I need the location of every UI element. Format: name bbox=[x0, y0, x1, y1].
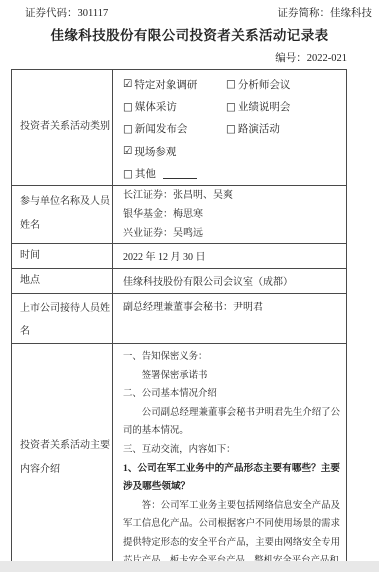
checkbox-label: 业绩说明会 bbox=[238, 99, 291, 114]
participants-list: 长江证券：张昌明、吴爽 银华基金：梅思寒 兴业证券：吴鸣远 bbox=[113, 185, 347, 243]
participant-line: 银华基金：梅思寒 bbox=[123, 205, 346, 224]
checkbox-option: □其他 bbox=[123, 166, 156, 181]
participants-label: 参与单位名称及人员姓名 bbox=[12, 185, 113, 243]
checkbox-label: 其他 bbox=[135, 166, 156, 181]
checked-checkbox-icon: ☑ bbox=[123, 145, 132, 157]
stock-code-value: 301117 bbox=[78, 8, 109, 19]
stock-abbr-label: 证券简称： bbox=[278, 8, 331, 19]
checkbox-option: □分析师会议 bbox=[226, 77, 290, 92]
content-paragraph: 二、公司基本情况介绍 bbox=[123, 385, 340, 404]
checkbox-option: □新闻发布会 bbox=[123, 121, 226, 136]
unchecked-checkbox-icon: □ bbox=[123, 123, 133, 135]
checkbox-label: 分析师会议 bbox=[238, 77, 291, 92]
stock-abbr: 证券简称：佳缘科技 bbox=[278, 8, 373, 20]
checkbox-option: □业绩说明会 bbox=[226, 99, 290, 114]
content-body: 一、告知保密义务： 签署保密承诺书 二、公司基本情况介绍 公司副总经理兼董事会秘… bbox=[113, 343, 347, 561]
unchecked-checkbox-icon: □ bbox=[123, 168, 133, 180]
document-header: 证券代码：301117 证券简称：佳缘科技 bbox=[0, 0, 379, 20]
checkbox-option: ☑现场参观 bbox=[123, 144, 176, 159]
time-label: 时间 bbox=[12, 243, 113, 268]
host-value: 副总经理兼董事会秘书：尹明君 bbox=[113, 293, 347, 343]
checkbox-option: □路演活动 bbox=[226, 121, 280, 136]
stock-code-label: 证券代码： bbox=[25, 8, 78, 19]
table-row-location: 地点 佳缘科技股份有限公司会议室（成都） bbox=[12, 268, 347, 293]
location-value: 佳缘科技股份有限公司会议室（成都） bbox=[113, 268, 347, 293]
stock-abbr-value: 佳缘科技 bbox=[330, 8, 372, 19]
table-row-activity-type: 投资者关系活动类别 ☑特定对象调研 □分析师会议 □媒体采访 □业绩说明会 □新… bbox=[12, 70, 347, 186]
activity-type-options: ☑特定对象调研 □分析师会议 □媒体采访 □业绩说明会 □新闻发布会 □路演活动… bbox=[113, 70, 347, 186]
location-label: 地点 bbox=[12, 268, 113, 293]
checkbox-label: 新闻发布会 bbox=[135, 121, 188, 136]
checkbox-label: 特定对象调研 bbox=[134, 77, 197, 92]
document-number: 编号：2022-021 bbox=[0, 53, 379, 65]
checkbox-label: 现场参观 bbox=[134, 144, 176, 159]
content-label: 投资者关系活动主要内容介绍 bbox=[12, 343, 113, 561]
participant-line: 兴业证券：吴鸣远 bbox=[123, 224, 346, 243]
activity-type-label: 投资者关系活动类别 bbox=[12, 70, 113, 186]
stock-code: 证券代码：301117 bbox=[25, 8, 108, 20]
page-background-strip bbox=[0, 561, 379, 572]
table-row-content: 投资者关系活动主要内容介绍 一、告知保密义务： 签署保密承诺书 二、公司基本情况… bbox=[12, 343, 347, 561]
record-table: 投资者关系活动类别 ☑特定对象调研 □分析师会议 □媒体采访 □业绩说明会 □新… bbox=[11, 69, 347, 561]
checkbox-label: 媒体采访 bbox=[135, 99, 177, 114]
checkbox-option: ☑特定对象调研 bbox=[123, 77, 226, 92]
document-number-value: 2022-021 bbox=[307, 53, 347, 64]
table-row-participants: 参与单位名称及人员姓名 长江证券：张昌明、吴爽 银华基金：梅思寒 兴业证券：吴鸣… bbox=[12, 185, 347, 243]
checkbox-label: 路演活动 bbox=[238, 121, 280, 136]
unchecked-checkbox-icon: □ bbox=[123, 101, 133, 113]
content-paragraph: 三、互动交流，内容如下： bbox=[123, 441, 340, 460]
participant-line: 长江证券：张昌明、吴爽 bbox=[123, 186, 346, 205]
fill-in-blank-line bbox=[163, 169, 197, 179]
unchecked-checkbox-icon: □ bbox=[226, 78, 236, 90]
checked-checkbox-icon: ☑ bbox=[123, 78, 132, 90]
content-paragraph: 公司副总经理兼董事会秘书尹明君先生介绍了公司的基本情况。 bbox=[123, 404, 340, 441]
document-number-label: 编号： bbox=[275, 53, 307, 64]
content-paragraph: 签署保密承诺书 bbox=[123, 367, 340, 386]
content-paragraph: 一、告知保密义务： bbox=[123, 348, 340, 367]
content-question: 1、公司在军工业务中的产品形态主要有哪些？主要涉及哪些领域？ bbox=[123, 460, 340, 497]
unchecked-checkbox-icon: □ bbox=[226, 101, 236, 113]
content-answer: 答：公司军工业务主要包括网络信息安全产品及军工信息化产品。公司根据客户不同使用场… bbox=[123, 497, 340, 561]
table-row-time: 时间 2022 年 12 月 30 日 bbox=[12, 243, 347, 268]
unchecked-checkbox-icon: □ bbox=[226, 123, 236, 135]
document-title: 佳缘科技股份有限公司投资者关系活动记录表 bbox=[0, 28, 379, 43]
checkbox-option: □媒体采访 bbox=[123, 99, 226, 114]
time-value: 2022 年 12 月 30 日 bbox=[113, 243, 347, 268]
table-row-host: 上市公司接待人员姓名 副总经理兼董事会秘书：尹明君 bbox=[12, 293, 347, 343]
host-label: 上市公司接待人员姓名 bbox=[12, 293, 113, 343]
document-page: 证券代码：301117 证券简称：佳缘科技 佳缘科技股份有限公司投资者关系活动记… bbox=[0, 0, 379, 561]
